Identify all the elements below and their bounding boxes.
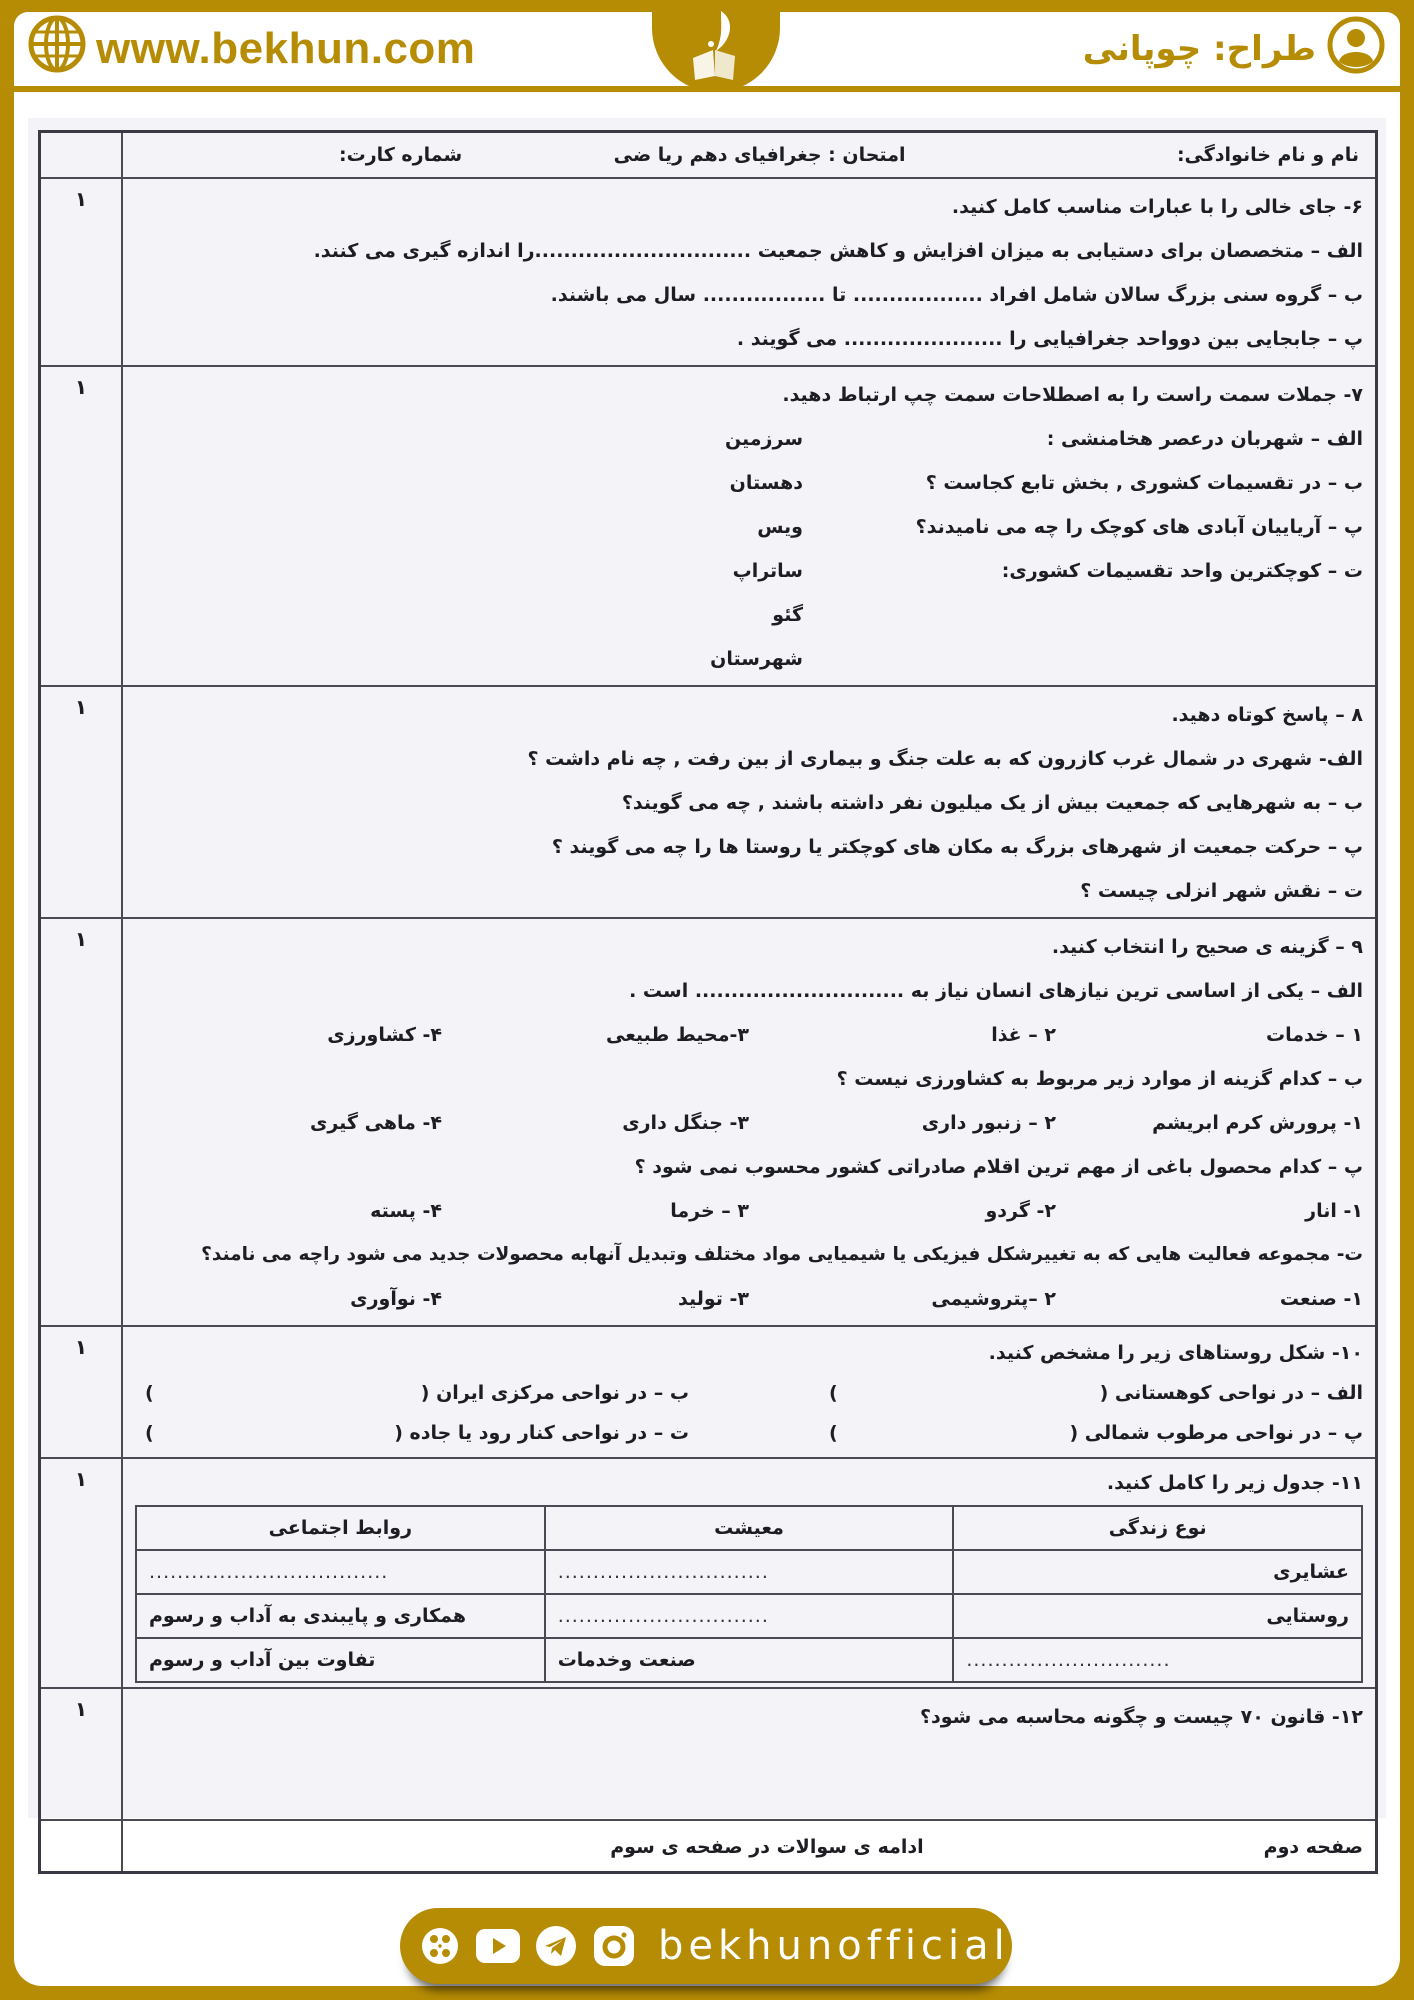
table-row: ............................. صنعت وخدما…: [136, 1638, 1362, 1682]
question-item: پ – آریاییان آبادی های کوچک را چه می نام…: [803, 505, 1363, 549]
answer-blank[interactable]: ): [145, 1413, 154, 1453]
question-item: ب – گروه سنی بزرگ سالان شامل افراد .....…: [135, 273, 1363, 317]
table-cell-blank[interactable]: ..............................: [545, 1550, 954, 1594]
website-url: www.bekhun.com: [96, 24, 475, 74]
website-link[interactable]: www.bekhun.com: [28, 18, 475, 80]
score-cell: ۱: [40, 686, 123, 918]
mcq-option: ۴- نوآوری: [135, 1277, 442, 1321]
table-cell: عشایری: [953, 1550, 1362, 1594]
table-cell-blank[interactable]: ..............................: [545, 1594, 954, 1638]
score-cell: ۱: [40, 178, 123, 366]
mcq-options: ۱- صنعت ۲ –پتروشیمی ۳- تولید ۴- نوآوری: [135, 1277, 1363, 1321]
score-cell-empty: [40, 132, 123, 179]
village-prompt: ب – در نواحی مرکزی ایران (: [421, 1373, 689, 1413]
mcq-option: ۳- جنگل داری: [442, 1101, 749, 1145]
village-prompt: الف – در نواحی کوهستانی (: [1100, 1373, 1363, 1413]
question-row-7: ۷- جملات سمت راست را به اصطلاحات سمت چپ …: [40, 366, 1377, 686]
table-header: نوع زندگی: [953, 1506, 1362, 1550]
mcq-options: ۱- پرورش کرم ابریشم ۲ – زنبور داری ۳- جن…: [135, 1101, 1363, 1145]
designer-name: طراح: چوپانی: [1083, 29, 1316, 69]
mcq-option: ۱- انار: [1056, 1189, 1363, 1233]
question-item: ب – به شهرهایی که جمعیت بیش از یک میلیون…: [135, 781, 1363, 825]
question-item: الف – شهربان درعصر هخامنشی :: [803, 417, 1363, 461]
answer-blank[interactable]: ): [829, 1373, 838, 1413]
instagram-icon[interactable]: [590, 1922, 638, 1970]
mcq-option: ۴- پسته: [135, 1189, 442, 1233]
question-item: ت – کوچکترین واحد تقسیمات کشوری:: [803, 549, 1363, 593]
answer-blank[interactable]: ): [829, 1413, 838, 1453]
mcq-option: ۱- پرورش کرم ابریشم: [1056, 1101, 1363, 1145]
mcq-option: ۲ –پتروشیمی: [749, 1277, 1056, 1321]
telegram-icon[interactable]: [532, 1922, 580, 1970]
student-name-label: نام و نام خانوادگی:: [1177, 135, 1359, 175]
aparat-icon[interactable]: [416, 1922, 464, 1970]
table-row: عشایری .............................. ..…: [136, 1550, 1362, 1594]
score-cell: ۱: [40, 1458, 123, 1688]
mcq-stem: ب – کدام گزینه از موارد زیر مربوط به کشا…: [135, 1057, 1363, 1101]
globe-icon: [28, 15, 86, 84]
score-cell: ۱: [40, 1326, 123, 1458]
match-term: ویس: [683, 505, 803, 549]
table-header-row: نوع زندگی معیشت روابط اجتماعی: [136, 1506, 1362, 1550]
question-title: ۱۲- قانون ۷۰ چیست و چگونه محاسبه می شود؟: [135, 1695, 1363, 1739]
question-row-9: ۹ – گزینه ی صحیح را انتخاب کنید. الف – ی…: [40, 918, 1377, 1326]
question-item: پ – جابجایی بین دوواحد جغرافیایی را ....…: [135, 317, 1363, 361]
match-term: ساتراپ: [683, 549, 803, 593]
question-row-8: ۸ – پاسخ کوتاه دهید. الف- شهری در شمال غ…: [40, 686, 1377, 918]
mcq-option: ۴- کشاورزی: [135, 1013, 442, 1057]
mcq-option: ۳-محیط طبیعی: [442, 1013, 749, 1057]
table-cell-blank[interactable]: ..................................: [136, 1550, 545, 1594]
designer-credit: طراح: چوپانی: [1083, 18, 1386, 80]
score-cell: ۱: [40, 366, 123, 686]
mcq-stem: پ – کدام محصول باغی از مهم ترین اقلام صا…: [135, 1145, 1363, 1189]
mcq-option: ۳ – خرما: [442, 1189, 749, 1233]
card-number-label: شماره کارت:: [339, 135, 462, 175]
mcq-option: ۱ – خدمات: [1056, 1013, 1363, 1057]
continue-note: ادامه ی سوالات در صفحه ی سوم: [610, 1827, 923, 1867]
mcq-option: ۲ – زنبور داری: [749, 1101, 1056, 1145]
question-item: الف – متخصصان برای دستیابی به میزان افزا…: [135, 229, 1363, 273]
table-header: روابط اجتماعی: [136, 1506, 545, 1550]
question-title: ۸ – پاسخ کوتاه دهید.: [135, 693, 1363, 737]
table-cell: صنعت وخدمات: [545, 1638, 954, 1682]
exam-title: امتحان : جغرافیای دهم ریا ضی: [614, 135, 906, 175]
match-term: شهرستان: [683, 637, 803, 681]
village-prompt: پ – در نواحی مرطوب شمالی (: [1069, 1413, 1363, 1453]
mcq-options: ۱ – خدمات ۲ – غذا ۳-محیط طبیعی ۴- کشاورز…: [135, 1013, 1363, 1057]
question-row-11: ۱۱- جدول زیر را کامل کنید. نوع زندگی معی…: [40, 1458, 1377, 1688]
match-term: گئو: [683, 593, 803, 637]
table-cell: همکاری و پایبندی به آداب و رسوم: [136, 1594, 545, 1638]
mcq-stem: الف – یکی از اساسی ترین نیازهای انسان نی…: [135, 969, 1363, 1013]
mcq-option: ۱- صنعت: [1056, 1277, 1363, 1321]
youtube-icon[interactable]: [474, 1922, 522, 1970]
table-cell: روستایی: [953, 1594, 1362, 1638]
table-cell: تفاوت بین آداب و رسوم: [136, 1638, 545, 1682]
question-title: ۱۰- شکل روستاهای زیر را مشخص کنید.: [135, 1333, 1363, 1373]
table-cell-blank[interactable]: .............................: [953, 1638, 1362, 1682]
question-title: ۹ – گزینه ی صحیح را انتخاب کنید.: [135, 925, 1363, 969]
score-cell-empty: [40, 1820, 123, 1873]
question-item: ت – نقش شهر انزلی چیست ؟: [135, 869, 1363, 913]
question-title: ۱۱- جدول زیر را کامل کنید.: [135, 1465, 1363, 1501]
page-label: صفحه دوم: [1264, 1827, 1363, 1867]
social-footer[interactable]: bekhunofficial: [400, 1908, 1012, 1984]
mcq-options: ۱- انار ۲- گردو ۳ – خرما ۴- پسته: [135, 1189, 1363, 1233]
match-term: سرزمین: [683, 417, 803, 461]
table-header: معیشت: [545, 1506, 954, 1550]
mcq-stem: ت- مجموعه فعالیت هایی که به تغییرشکل فیز…: [135, 1233, 1363, 1277]
life-type-table: نوع زندگی معیشت روابط اجتماعی عشایری ...…: [135, 1505, 1363, 1683]
question-row-10: ۱۰- شکل روستاهای زیر را مشخص کنید. الف –…: [40, 1326, 1377, 1458]
mcq-option: ۳- تولید: [442, 1277, 749, 1321]
mcq-option: ۲- گردو: [749, 1189, 1056, 1233]
answer-blank[interactable]: ): [145, 1373, 154, 1413]
question-title: ۷- جملات سمت راست را به اصطلاحات سمت چپ …: [135, 373, 1363, 417]
question-item: ب – در تقسیمات کشوری , بخش تابع کجاست ؟: [803, 461, 1363, 505]
question-item: الف- شهری در شمال غرب کازرون که به علت ج…: [135, 737, 1363, 781]
exam-table: نام و نام خانوادگی: امتحان : جغرافیای ده…: [38, 130, 1378, 1874]
exam-footer-row: صفحه دوم ادامه ی سوالات در صفحه ی سوم: [40, 1820, 1377, 1873]
score-cell: ۱: [40, 918, 123, 1326]
table-row: روستایی .............................. ه…: [136, 1594, 1362, 1638]
question-row-6: ۶- جای خالی را با عبارات مناسب کامل کنید…: [40, 178, 1377, 366]
question-title: ۶- جای خالی را با عبارات مناسب کامل کنید…: [135, 185, 1363, 229]
match-term: دهستان: [683, 461, 803, 505]
mcq-option: ۴- ماهی گیری: [135, 1101, 442, 1145]
exam-header-row: نام و نام خانوادگی: امتحان : جغرافیای ده…: [40, 132, 1377, 179]
social-handle: bekhunofficial: [658, 1923, 1010, 1969]
question-item: پ – حرکت جمعیت از شهرهای بزرگ به مکان ها…: [135, 825, 1363, 869]
village-prompt: ت – در نواحی کنار رود یا جاده (: [394, 1413, 689, 1453]
score-cell: ۱: [40, 1688, 123, 1820]
user-icon: [1326, 15, 1386, 84]
mcq-option: ۲ – غذا: [749, 1013, 1056, 1057]
question-row-12: ۱۲- قانون ۷۰ چیست و چگونه محاسبه می شود؟…: [40, 1688, 1377, 1820]
